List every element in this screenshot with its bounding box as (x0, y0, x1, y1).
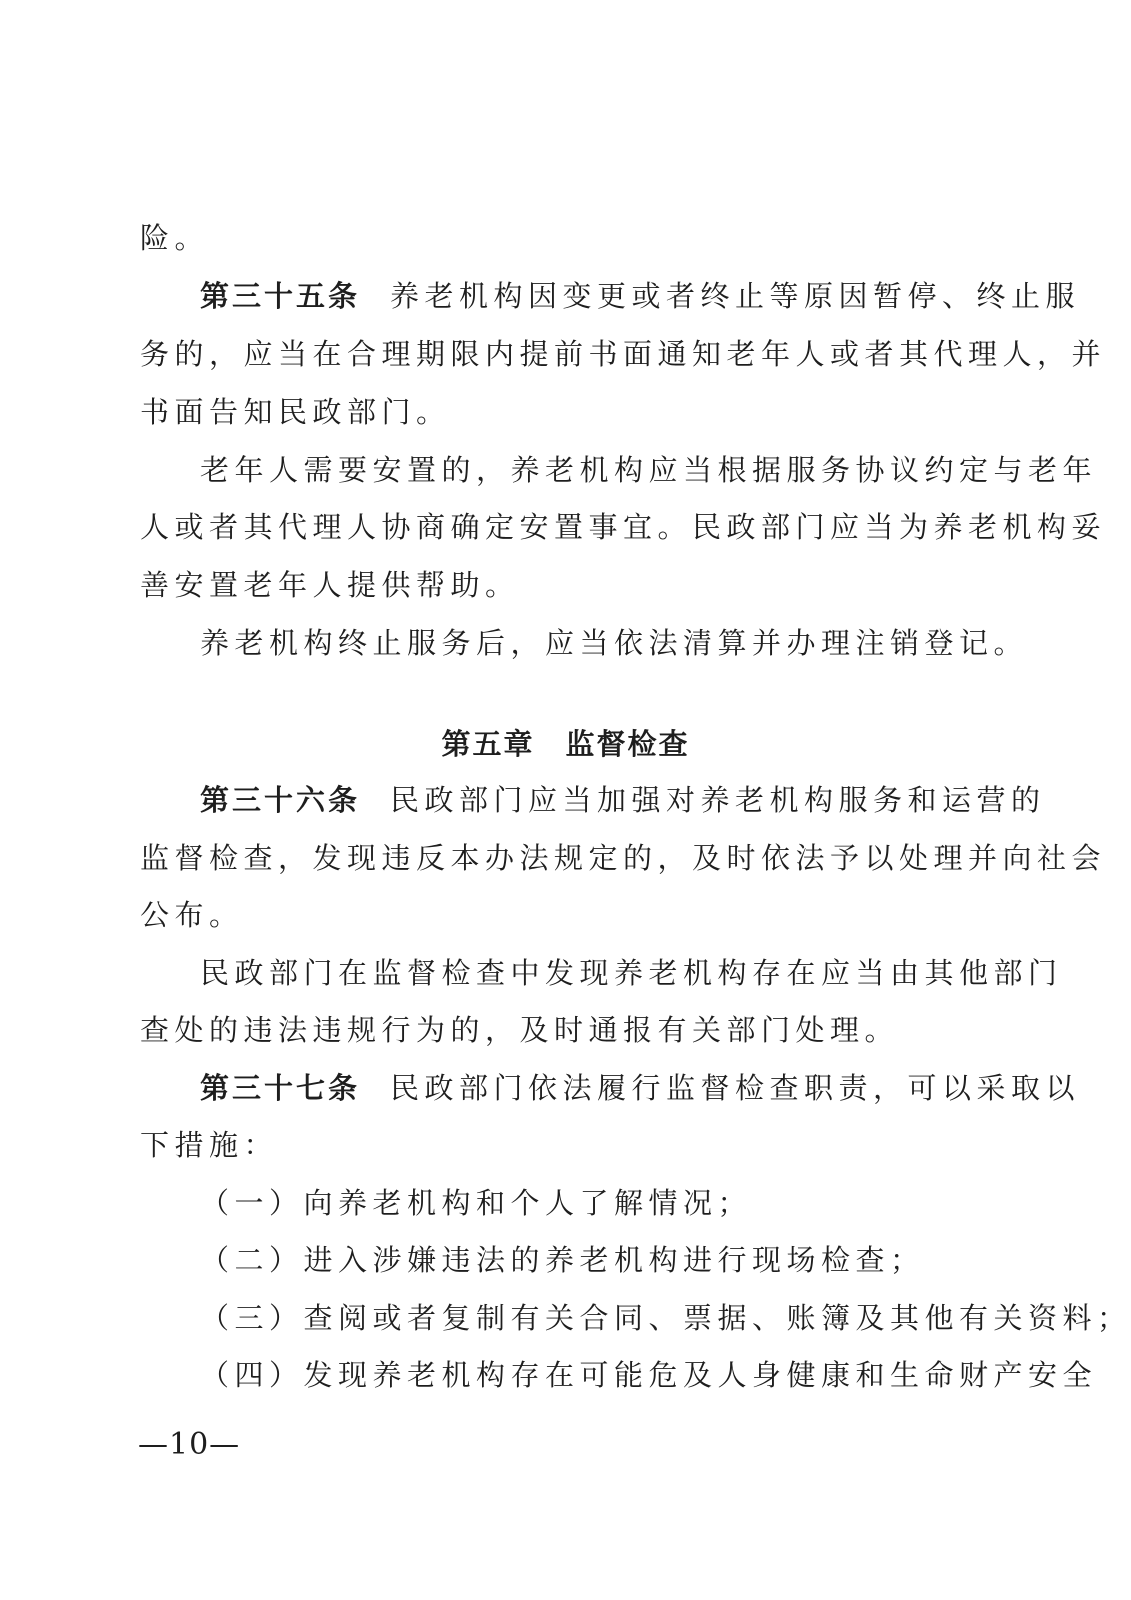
article-heading: 第三十五条 (200, 279, 360, 313)
text-line: 险。 (140, 218, 209, 258)
chapter-title: 第五章 监督检查 (0, 722, 1131, 763)
list-item: （二）进入涉嫌违法的养老机构进行现场检查； (200, 1240, 925, 1280)
list-item: （三）查阅或者复制有关合同、票据、账簿及其他有关资料； (200, 1298, 1131, 1338)
article-35-line: 第三十五条养老机构因变更或者终止等原因暂停、终止服 (200, 276, 1080, 316)
article-heading: 第三十六条 (200, 783, 360, 817)
text-line: 民政部门应当加强对养老机构服务和运营的 (390, 783, 1046, 817)
text-line: 人或者其代理人协商确定安置事宜。民政部门应当为养老机构妥 (140, 507, 1106, 547)
text-line: 民政部门依法履行监督检查职责，可以采取以 (390, 1071, 1080, 1105)
text-line: 老年人需要安置的，养老机构应当根据服务协议约定与老年 (200, 450, 1097, 490)
list-item: （一）向养老机构和个人了解情况； (200, 1183, 752, 1223)
text-line: 善安置老年人提供帮助。 (140, 565, 520, 605)
text-line: 查处的违法违规行为的，及时通报有关部门处理。 (140, 1010, 899, 1050)
article-36-line: 第三十六条民政部门应当加强对养老机构服务和运营的 (200, 780, 1046, 820)
article-37-line: 第三十七条民政部门依法履行监督检查职责，可以采取以 (200, 1068, 1080, 1108)
text-line: 养老机构终止服务后，应当依法清算并办理注销登记。 (200, 623, 1028, 663)
text-line: 书面告知民政部门。 (140, 392, 451, 432)
text-line: 务的，应当在合理期限内提前书面通知老年人或者其代理人，并 (140, 334, 1106, 374)
text-line: 监督检查，发现违反本办法规定的，及时依法予以处理并向社会 (140, 838, 1106, 878)
text-line: 公布。 (140, 895, 244, 935)
article-heading: 第三十七条 (200, 1071, 360, 1105)
list-item: （四）发现养老机构存在可能危及人身健康和生命财产安全 (200, 1355, 1097, 1395)
text-line: 下措施： (140, 1125, 278, 1165)
text-line: 民政部门在监督检查中发现养老机构存在应当由其他部门 (200, 953, 1063, 993)
page-number: —10— (138, 1427, 240, 1462)
text-line: 养老机构因变更或者终止等原因暂停、终止服 (390, 279, 1080, 313)
